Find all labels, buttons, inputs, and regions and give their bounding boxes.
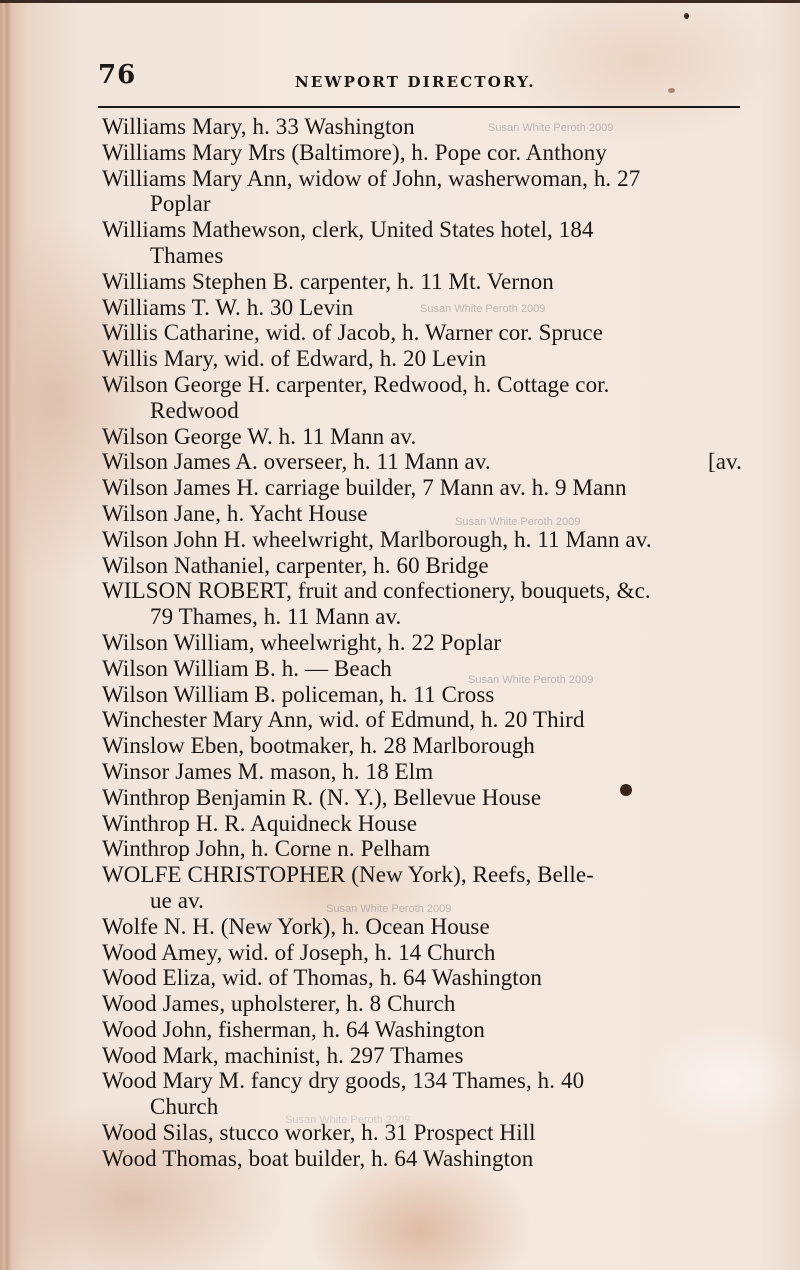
entry-text: Wood Amey, wid. of Joseph, h. 14 Church: [102, 940, 495, 965]
entry-text: Wood James, upholsterer, h. 8 Church: [102, 991, 455, 1016]
entry-text: Williams Mathewson, clerk, United States…: [102, 217, 594, 242]
header-rule: [98, 106, 740, 108]
entry-text: Willis Catharine, wid. of Jacob, h. Warn…: [102, 320, 603, 345]
directory-entry: Wilson Jane, h. Yacht House: [102, 501, 746, 527]
directory-entry: Wilson George W. h. 11 Mann av.: [102, 424, 746, 450]
entry-continuation: Poplar: [102, 191, 746, 217]
entry-text: Wilson James H. carriage builder, 7 Mann…: [102, 475, 627, 500]
directory-entry: Wilson William, wheelwright, h. 22 Popla…: [102, 630, 746, 656]
entry-text: Winchester Mary Ann, wid. of Edmund, h. …: [102, 707, 585, 732]
entry-text: Wilson Jane, h. Yacht House: [102, 501, 368, 526]
directory-entry: WOLFE CHRISTOPHER (New York), Reefs, Bel…: [102, 862, 746, 914]
entry-text: Wood Mark, machinist, h. 297 Thames: [102, 1043, 464, 1068]
directory-entry: Wilson John H. wheelwright, Marlborough,…: [102, 527, 746, 553]
entry-text: WOLFE CHRISTOPHER (New York), Reefs, Bel…: [102, 862, 594, 887]
scanned-page: 76 NEWPORT DIRECTORY. Susan White Peroth…: [0, 0, 800, 1270]
directory-entry: Williams Mary Ann, widow of John, washer…: [102, 166, 746, 218]
directory-entry: Wilson James H. carriage builder, 7 Mann…: [102, 475, 746, 501]
entry-text: Wilson George W. h. 11 Mann av.: [102, 424, 416, 449]
entry-text: Wilson Nathaniel, carpenter, h. 60 Bridg…: [102, 553, 489, 578]
directory-entry: Willis Mary, wid. of Edward, h. 20 Levin: [102, 346, 746, 372]
directory-entry: WILSON ROBERT, fruit and confectionery, …: [102, 578, 746, 630]
entry-text: Williams Mary Ann, widow of John, washer…: [102, 166, 640, 191]
directory-entry: Williams Stephen B. carpenter, h. 11 Mt.…: [102, 269, 746, 295]
directory-entry: Wilson James A. overseer, h. 11 Mann av.…: [102, 449, 742, 475]
directory-entry: Winsor James M. mason, h. 18 Elm: [102, 759, 746, 785]
directory-entry: Wilson George H. carpenter, Redwood, h. …: [102, 372, 746, 424]
directory-entry: Wood James, upholsterer, h. 8 Church: [102, 991, 746, 1017]
directory-entry: Williams Mathewson, clerk, United States…: [102, 217, 746, 269]
directory-entry: Wilson William B. policeman, h. 11 Cross: [102, 682, 746, 708]
directory-entry: Winchester Mary Ann, wid. of Edmund, h. …: [102, 707, 746, 733]
running-head: NEWPORT DIRECTORY.: [295, 73, 536, 91]
directory-entry: Williams T. W. h. 30 Levin: [102, 295, 746, 321]
entry-text: Wilson George H. carpenter, Redwood, h. …: [102, 372, 610, 397]
binding-edge: [0, 0, 22, 1270]
entry-text: Wilson John H. wheelwright, Marlborough,…: [102, 527, 652, 552]
entry-text: Wilson William B. h. — Beach: [102, 656, 392, 681]
entry-text: Wilson James A. overseer, h. 11 Mann av.: [102, 449, 491, 475]
directory-entry: Wood John, fisherman, h. 64 Washington: [102, 1017, 746, 1043]
entry-text: Wood Mary M. fancy dry goods, 134 Thames…: [102, 1068, 584, 1093]
entry-overflow-fragment: [av.: [708, 449, 742, 475]
directory-entry: Winthrop John, h. Corne n. Pelham: [102, 836, 746, 862]
directory-entry: Wilson William B. h. — Beach: [102, 656, 746, 682]
directory-entry: Williams Mary Mrs (Baltimore), h. Pope c…: [102, 140, 746, 166]
directory-entry: Wood Mary M. fancy dry goods, 134 Thames…: [102, 1068, 746, 1120]
directory-entry: Winthrop H. R. Aquidneck House: [102, 811, 746, 837]
entry-text: Winthrop Benjamin R. (N. Y.), Bellevue H…: [102, 785, 541, 810]
entry-text: Wood Thomas, boat builder, h. 64 Washing…: [102, 1146, 533, 1171]
entry-text: Winsor James M. mason, h. 18 Elm: [102, 759, 433, 784]
entry-text: WILSON ROBERT, fruit and confectionery, …: [102, 578, 651, 603]
entry-continuation: ue av.: [102, 888, 746, 914]
entry-text: Wood Eliza, wid. of Thomas, h. 64 Washin…: [102, 965, 542, 990]
page-number: 76: [98, 60, 136, 90]
directory-entry: Winslow Eben, bootmaker, h. 28 Marlborou…: [102, 733, 746, 759]
directory-entry: Wilson Nathaniel, carpenter, h. 60 Bridg…: [102, 553, 746, 579]
directory-entry: Wood Amey, wid. of Joseph, h. 14 Church: [102, 940, 746, 966]
entry-text: Wood Silas, stucco worker, h. 31 Prospec…: [102, 1120, 536, 1145]
entry-continuation: Redwood: [102, 398, 746, 424]
entry-text: Wilson William, wheelwright, h. 22 Popla…: [102, 630, 501, 655]
entry-text: Willis Mary, wid. of Edward, h. 20 Levin: [102, 346, 486, 371]
entry-continuation: 79 Thames, h. 11 Mann av.: [102, 604, 746, 630]
entry-text: Williams Stephen B. carpenter, h. 11 Mt.…: [102, 269, 554, 294]
directory-entry: Winthrop Benjamin R. (N. Y.), Bellevue H…: [102, 785, 746, 811]
directory-entry: Williams Mary, h. 33 Washington: [102, 114, 746, 140]
entry-continuation: Church: [102, 1094, 746, 1120]
directory-entry: Wood Mark, machinist, h. 297 Thames: [102, 1043, 746, 1069]
entry-text: Williams T. W. h. 30 Levin: [102, 295, 353, 320]
page-header: 76 NEWPORT DIRECTORY.: [98, 60, 740, 108]
entry-text: Winslow Eben, bootmaker, h. 28 Marlborou…: [102, 733, 535, 758]
entry-text: Winthrop John, h. Corne n. Pelham: [102, 836, 430, 861]
entry-continuation: Thames: [102, 243, 746, 269]
directory-entry: Wolfe N. H. (New York), h. Ocean House: [102, 914, 746, 940]
entry-text: Williams Mary Mrs (Baltimore), h. Pope c…: [102, 140, 607, 165]
directory-entry: Wood Silas, stucco worker, h. 31 Prospec…: [102, 1120, 746, 1146]
entry-text: Wood John, fisherman, h. 64 Washington: [102, 1017, 485, 1042]
directory-entry: Wood Thomas, boat builder, h. 64 Washing…: [102, 1146, 746, 1172]
directory-entry: Wood Eliza, wid. of Thomas, h. 64 Washin…: [102, 965, 746, 991]
entry-text: Wilson William B. policeman, h. 11 Cross: [102, 682, 494, 707]
ink-spot: [684, 13, 689, 19]
directory-entry: Willis Catharine, wid. of Jacob, h. Warn…: [102, 320, 746, 346]
entry-text: Williams Mary, h. 33 Washington: [102, 114, 415, 139]
entry-text: Winthrop H. R. Aquidneck House: [102, 811, 417, 836]
entry-text: Wolfe N. H. (New York), h. Ocean House: [102, 914, 490, 939]
directory-entries: Williams Mary, h. 33 Washington Williams…: [102, 114, 746, 1172]
page-top-edge: [0, 0, 800, 3]
